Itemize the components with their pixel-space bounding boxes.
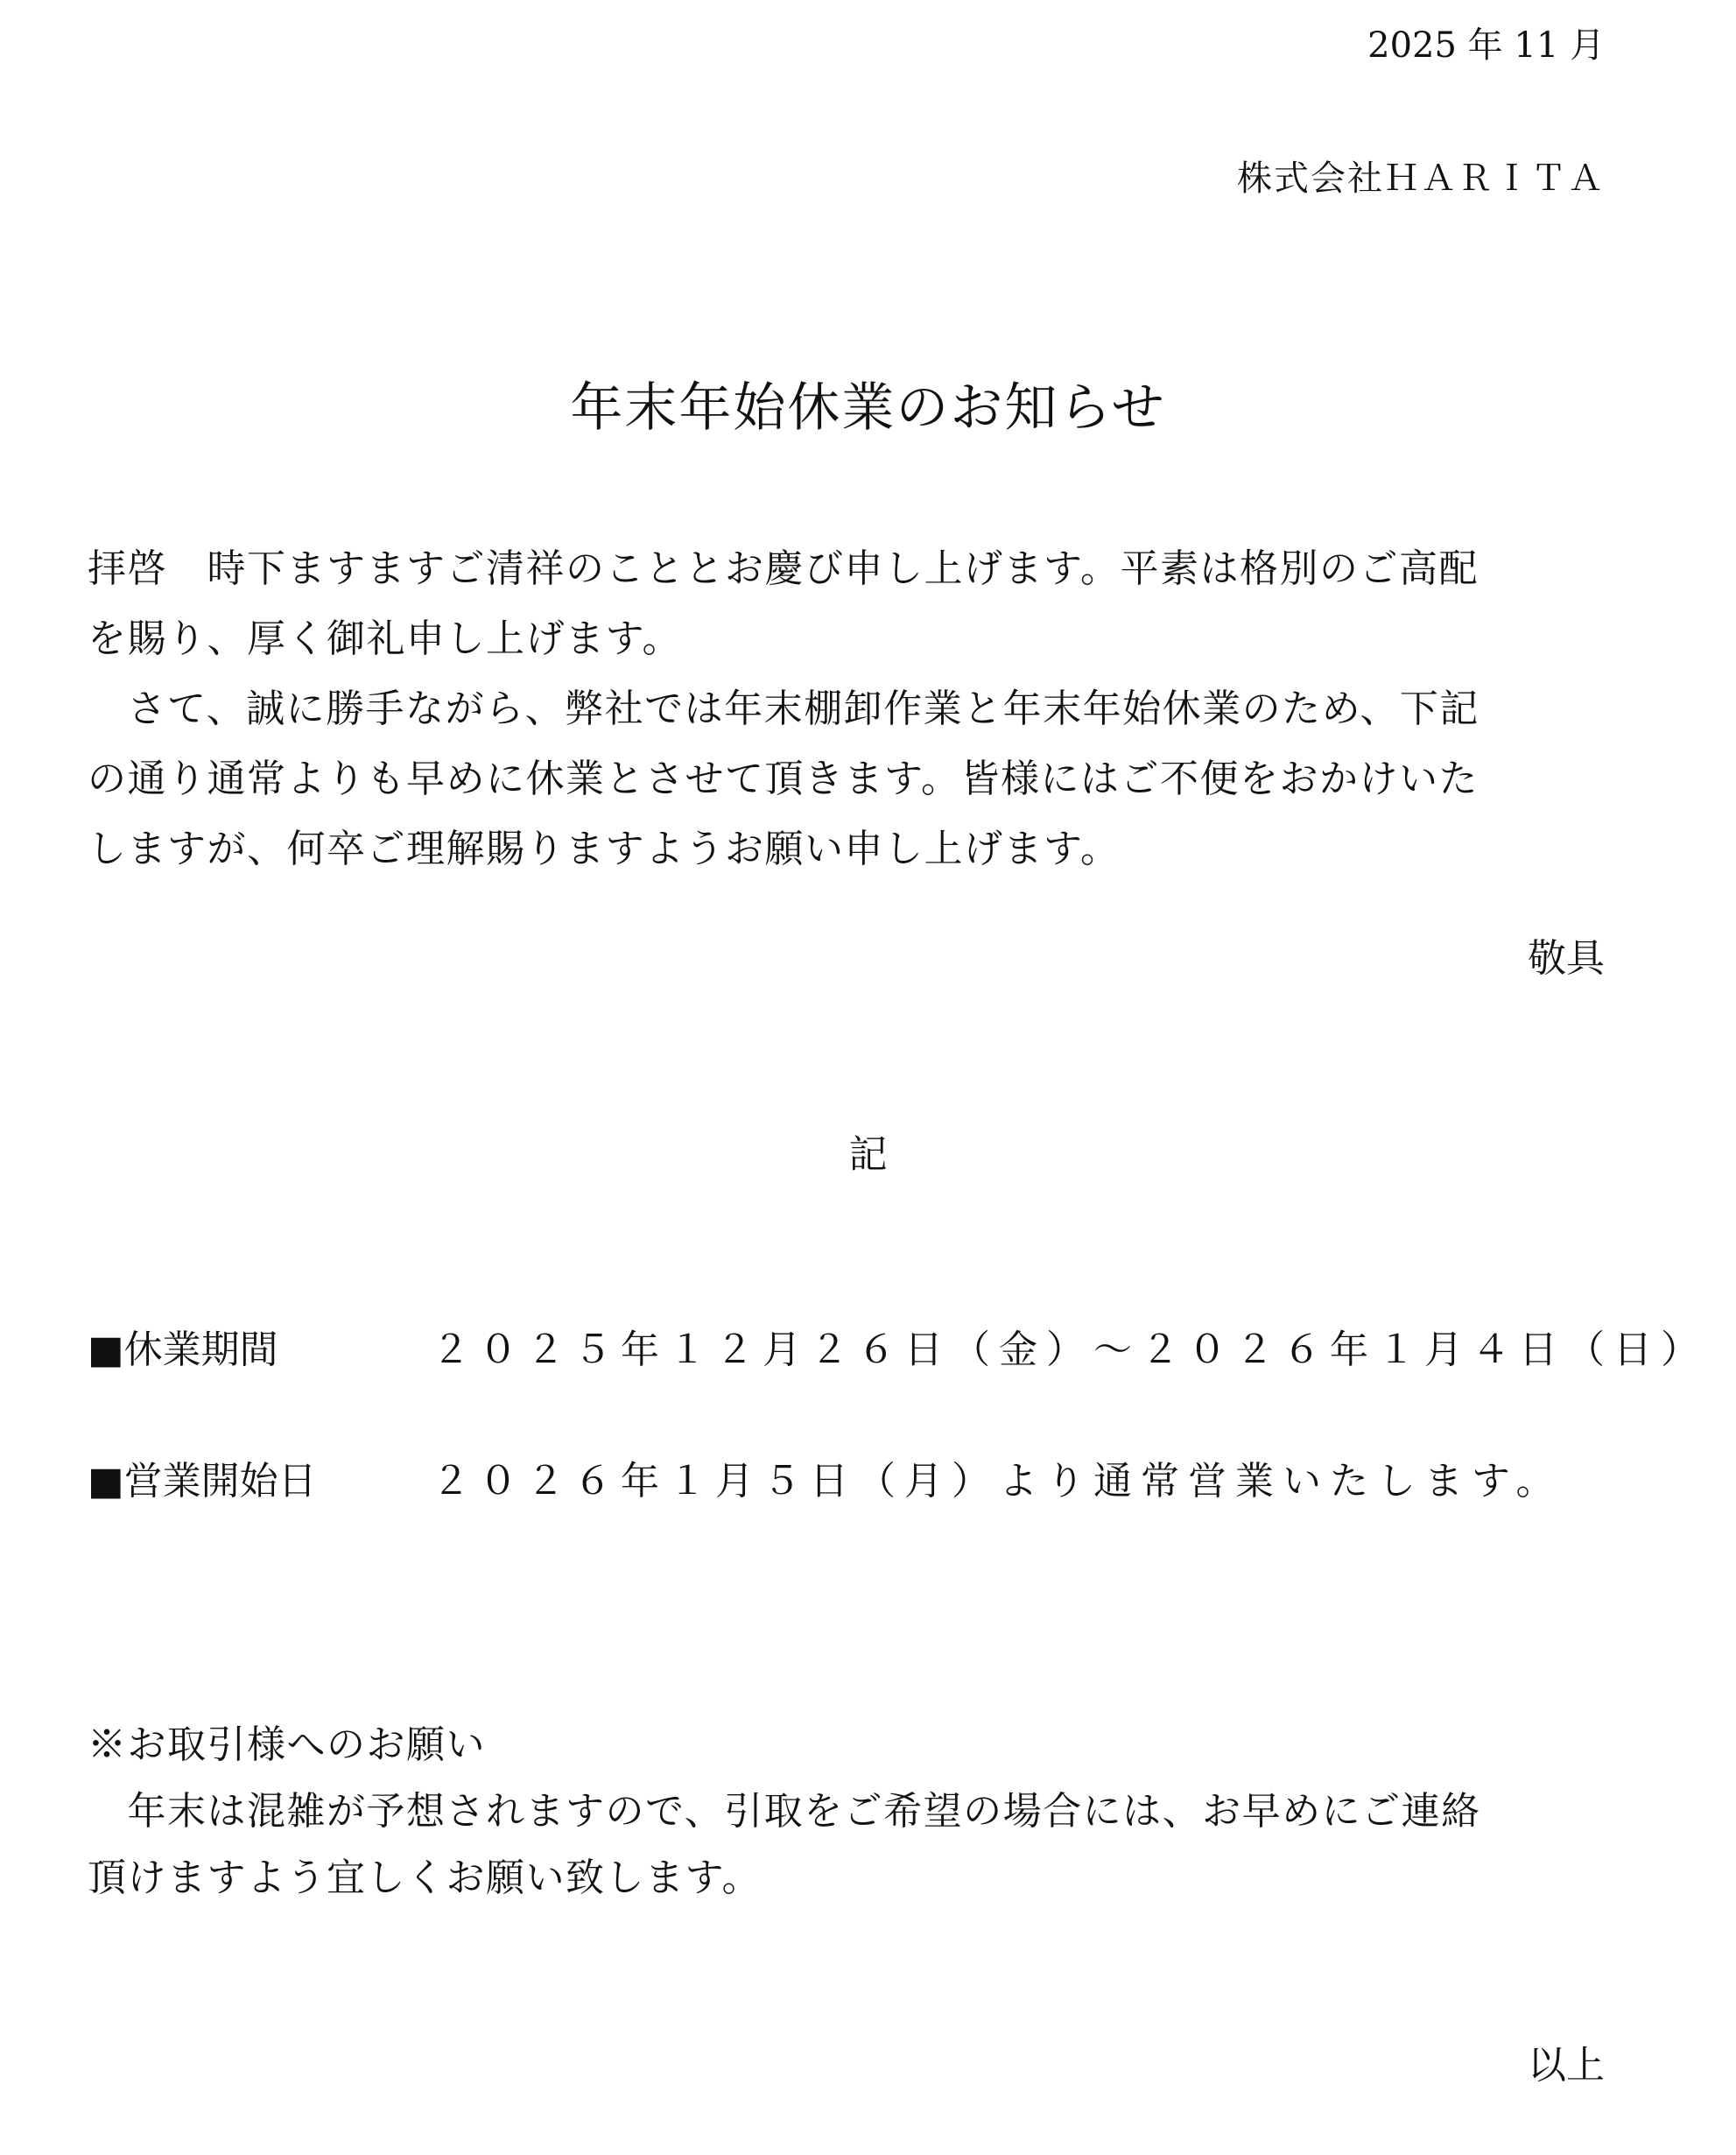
letter-body: 拝啓 時下ますますご清祥のこととお慶び申し上げます。平素は格別のご高配 を賜り、… xyxy=(88,534,1611,884)
closing-keigu: 敬具 xyxy=(1528,926,1605,982)
end-mark: 以上 xyxy=(1528,2033,1605,2089)
customer-notice: ※お取引様へのお願い 年末は混雑が予想されますので、引取をご希望の場合には、お早… xyxy=(88,1712,1481,1912)
notice-line: 頂けますよう宜しくお願い致します。 xyxy=(88,1845,1481,1912)
company-name: 株式会社ＨＡＲＩＴＡ xyxy=(1237,151,1605,201)
body-line: さて、誠に勝手ながら、弊社では年末棚卸作業と年末年始休業のため、下記 xyxy=(88,674,1611,744)
ki-heading: 記 xyxy=(0,1123,1736,1179)
schedule-label: ■営業開始日 xyxy=(88,1449,432,1505)
schedule-label: ■休業期間 xyxy=(88,1318,432,1374)
schedule-row-closure-period: ■休業期間 ２０２５年１２月２６日（金）～２０２６年１月４日（日） xyxy=(88,1318,1708,1374)
body-line: を賜り、厚く御礼申し上げます。 xyxy=(88,604,1611,674)
document-title: 年末年始休業のお知らせ xyxy=(0,366,1736,441)
schedule-value: ２０２６年１月５日（月）より通常営業いたします。 xyxy=(432,1449,1563,1505)
body-line: 拝啓 時下ますますご清祥のこととお慶び申し上げます。平素は格別のご高配 xyxy=(88,534,1611,604)
notice-heading: ※お取引様へのお願い xyxy=(88,1712,1481,1778)
schedule-row-reopen-date: ■営業開始日 ２０２６年１月５日（月）より通常営業いたします。 xyxy=(88,1449,1563,1505)
notice-line: 年末は混雑が予想されますので、引取をご希望の場合には、お早めにご連絡 xyxy=(88,1778,1481,1845)
document-date: 2025 年 11 月 xyxy=(1367,18,1605,67)
body-line: しますが、何卒ご理解賜りますようお願い申し上げます。 xyxy=(88,814,1611,884)
body-line: の通り通常よりも早めに休業とさせて頂きます。皆様にはご不便をおかけいた xyxy=(88,744,1611,814)
schedule-value: ２０２５年１２月２６日（金）～２０２６年１月４日（日） xyxy=(432,1318,1708,1374)
